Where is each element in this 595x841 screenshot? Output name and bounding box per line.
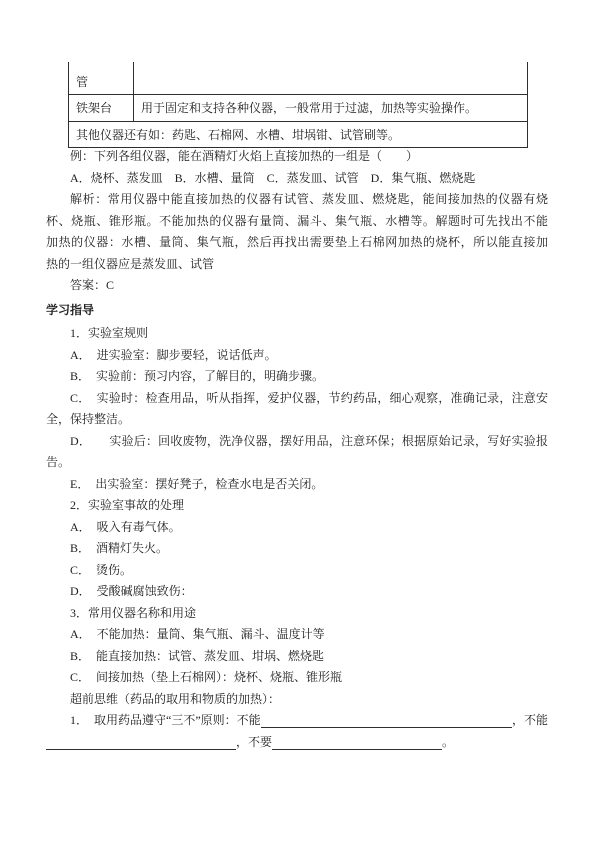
text-line: A． 吸入有毒气体。 (46, 517, 548, 539)
fill-in-blank (46, 732, 236, 750)
document-body: 例：下列各组仪器，能在酒精灯火焰上直接加热的一组是（ ）A．烧杯、蒸发皿 B．水… (46, 146, 548, 753)
text-line: B． 酒精灯失火。 (46, 538, 548, 560)
table-cell-instrument-use: 用于固定和支持各种仪器，一般常用于过滤，加热等实验操作。 (134, 95, 528, 122)
table-cell-instrument-use (134, 62, 528, 95)
text-line: A． 进实验室：脚步要轻，说话低声。 (46, 345, 548, 367)
fill-in-blank (261, 710, 512, 728)
fill-in-blank (272, 732, 442, 750)
text-segment: ，不能 (512, 710, 548, 732)
text-line: A．烧杯、蒸发皿 B．水槽、量筒 C．蒸发皿、试管 D．集气瓶、燃烧匙 (46, 168, 548, 190)
table-row: 管 (69, 62, 528, 95)
text-line: C． 间接加热（垫上石棉网）：烧杯、烧瓶、锥形瓶 (46, 667, 548, 689)
text-line: D． 受酸碱腐蚀致伤： (46, 581, 548, 603)
table-row: 其他仪器还有如：药匙、石棉网、水槽、坩埚钳、试管刷等。 (69, 122, 528, 148)
instruments-table: 管 铁架台 用于固定和支持各种仪器，一般常用于过滤，加热等实验操作。 其他仪器还… (68, 62, 528, 148)
text-line: 2．实验室事故的处理 (46, 495, 548, 517)
text-line: A． 不能加热：量筒、集气瓶、漏斗、温度计等 (46, 624, 548, 646)
table-cell-instrument-name: 管 (69, 62, 134, 95)
text-line: E． 出实验室：摆好凳子，检查水电是否关闭。 (46, 474, 548, 496)
table-row: 铁架台 用于固定和支持各种仪器，一般常用于过滤，加热等实验操作。 (69, 95, 528, 122)
text-line: ，不要。 (46, 732, 548, 754)
table-cell-instrument-name: 铁架台 (69, 95, 134, 122)
text-line: 1． 取用药品遵守“三不”原则：不能，不能 (46, 710, 548, 732)
text-line: 答案：C (46, 275, 548, 297)
text-line: D． 实验后：回收废物，洗净仪器，摆好用品，注意环保；根据原始记录，写好实验报 (46, 431, 548, 453)
document-page: 管 铁架台 用于固定和支持各种仪器，一般常用于过滤，加热等实验操作。 其他仪器还… (0, 0, 595, 841)
text-line: 热的一组仪器应是蒸发皿、试管 (46, 254, 548, 276)
text-segment: 1． 取用药品遵守“三不”原则：不能 (70, 710, 261, 732)
section-heading: 学习指导 (46, 300, 548, 322)
text-line: 超前思维（药品的取用和物质的加热）： (46, 689, 548, 711)
text-line: 解析：常用仪器中能直接加热的仪器有试管、蒸发皿、燃烧匙，能间接加热的仪器有烧 (46, 189, 548, 211)
text-line: 全，保持整洁。 (46, 409, 548, 431)
text-segment: ，不要 (236, 732, 272, 754)
text-line: 告。 (46, 452, 548, 474)
text-segment: 。 (442, 732, 454, 754)
text-line: B． 能直接加热：试管、蒸发皿、坩埚、燃烧匙 (46, 646, 548, 668)
text-line: B． 实验前：预习内容，了解目的，明确步骤。 (46, 366, 548, 388)
text-line: 3．常用仪器名称和用途 (46, 603, 548, 625)
text-line: C． 烫伤。 (46, 560, 548, 582)
text-line: 1．实验室规则 (46, 323, 548, 345)
text-line: C． 实验时：检查用品，听从指挥，爱护仪器，节约药品，细心观察，准确记录，注意安 (46, 388, 548, 410)
text-line: 加热的仪器：水槽、量筒、集气瓶，然后再找出需要垫上石棉网加热的烧杯，所以能直接加 (46, 232, 548, 254)
text-line: 例：下列各组仪器，能在酒精灯火焰上直接加热的一组是（ ） (46, 146, 548, 168)
table-cell-other-instruments: 其他仪器还有如：药匙、石棉网、水槽、坩埚钳、试管刷等。 (69, 122, 528, 148)
text-line: 杯、烧瓶、锥形瓶。不能加热的仪器有量筒、漏斗、集气瓶、水槽等。解题时可先找出不能 (46, 211, 548, 233)
